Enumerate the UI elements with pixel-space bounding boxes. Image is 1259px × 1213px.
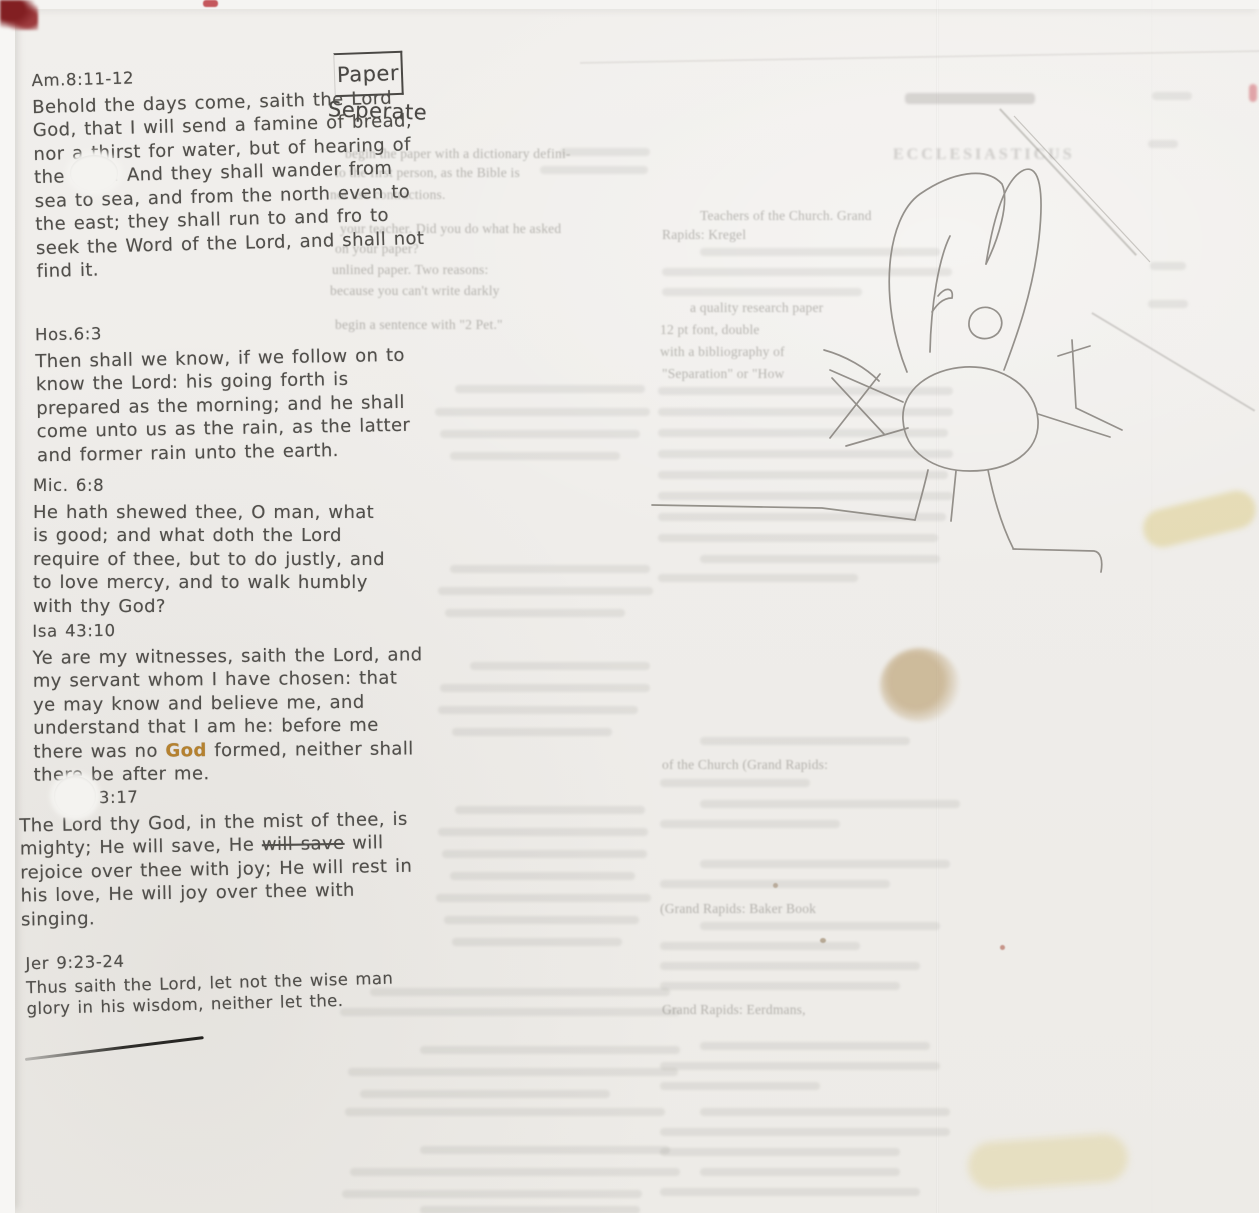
ghost-print-fragment: Grand Rapids: Eerdmans, — [662, 1002, 806, 1018]
brown-stain — [880, 648, 960, 722]
illegible-print-smudge — [1152, 92, 1192, 100]
ghost-print-fragment: because you can't write darkly — [330, 283, 500, 299]
illegible-print-smudge — [660, 820, 840, 828]
doodle-right-foot — [1013, 549, 1102, 572]
illegible-print-smudge — [452, 938, 622, 946]
illegible-print-smudge — [438, 828, 648, 836]
illegible-print-smudge — [445, 609, 625, 617]
illegible-print-smudge — [700, 1108, 950, 1116]
doodle-eye — [969, 307, 1002, 338]
yellow-stain — [967, 1132, 1130, 1191]
doodle-left-arm-curve — [824, 350, 879, 381]
doodle-left-arm — [830, 370, 908, 446]
illegible-print-smudge — [660, 1148, 900, 1156]
stray-pen-line — [25, 1036, 204, 1061]
horizontal-crease — [580, 50, 1259, 64]
illegible-print-smudge — [442, 850, 647, 858]
orange-traced-word: God — [165, 740, 206, 761]
doodle-right-ear — [986, 169, 1041, 370]
illegible-print-smudge — [452, 728, 612, 736]
scan-edge-top — [0, 0, 1259, 9]
illegible-print-smudge — [436, 894, 651, 902]
verse-jeremiah: Jer 9:23-24 Thus saith the Lord, let not… — [25, 943, 429, 1020]
verse-text: He hath shewed thee, O man, what is good… — [33, 501, 389, 619]
illegible-print-smudge — [345, 1108, 665, 1116]
red-mark-right-edge — [1249, 84, 1257, 102]
illegible-print-smudge — [360, 1090, 610, 1098]
verse-text: Ye are my witnesses, saith the Lord, and… — [33, 643, 426, 787]
verse-text: The Lord thy God, in the mist of thee, i… — [19, 807, 425, 932]
verse-isaiah: Isa 43:10 Ye are my witnesses, saith the… — [32, 616, 425, 787]
ghost-print-fragment: (Grand Rapids: Baker Book — [660, 901, 816, 917]
illegible-print-smudge — [440, 684, 650, 692]
illegible-print-smudge — [660, 942, 860, 950]
illegible-print-smudge — [348, 1068, 678, 1076]
verse-ref: Hos.6:3 — [35, 317, 413, 347]
illegible-print-smudge — [700, 922, 940, 930]
illegible-print-smudge — [660, 1188, 920, 1196]
scanned-paper-page: { "colors": { "ink": "#4a4845", "pencil"… — [0, 0, 1259, 1213]
illegible-print-smudge — [455, 806, 645, 814]
doodle-left-leg — [915, 470, 928, 520]
struck-out-words: will save — [262, 833, 345, 855]
illegible-print-smudge — [660, 962, 920, 970]
illegible-print-smudge — [700, 1042, 930, 1050]
illegible-print-smudge — [700, 737, 910, 745]
illegible-print-smudge — [450, 452, 620, 460]
illegible-print-smudge — [660, 1062, 940, 1070]
red-ink-blotch — [0, 0, 38, 30]
illegible-print-smudge — [700, 860, 950, 868]
illegible-print-smudge — [420, 1146, 670, 1154]
illegible-print-smudge — [660, 1128, 950, 1136]
illegible-print-smudge — [342, 1190, 642, 1198]
illegible-print-smudge — [700, 800, 960, 808]
ghost-print-fragment: of the Church (Grand Rapids: — [662, 757, 828, 773]
illegible-print-smudge — [444, 916, 639, 924]
doodle-right-leg — [988, 470, 1013, 548]
illegible-print-smudge — [660, 1082, 820, 1090]
pencil-scratch — [1014, 116, 1150, 262]
verse-hosea: Hos.6:3 Then shall we know, if we follow… — [35, 317, 415, 468]
verse-text: Then shall we know, if we follow on to k… — [35, 343, 415, 467]
speck — [1000, 945, 1005, 950]
illegible-print-smudge — [450, 872, 635, 880]
doodle-body — [903, 367, 1038, 471]
hole-punch — [70, 155, 118, 191]
illegible-print-smudge — [438, 706, 638, 714]
red-mark — [203, 0, 218, 7]
illegible-print-smudge — [660, 880, 890, 888]
scan-edge-left — [0, 0, 15, 1213]
verse-micah: Mic. 6:8 He hath shewed thee, O man, wha… — [33, 474, 389, 618]
doodle-left-foot-line — [652, 505, 915, 520]
verse-ref: 3:17 — [99, 780, 423, 809]
illegible-print-smudge — [420, 1046, 680, 1054]
verse-ref: Isa 43:10 — [32, 616, 424, 643]
illegible-print-smudge — [660, 779, 810, 787]
illegible-print-smudge — [350, 1168, 680, 1176]
doodle-right-arm — [1038, 340, 1122, 437]
doodle-left-hand-x — [830, 374, 884, 438]
doodle-left-ear — [889, 173, 1004, 372]
doodle-between-legs-line — [951, 471, 956, 521]
illegible-print-smudge — [470, 662, 650, 670]
illegible-print-smudge — [660, 982, 900, 990]
rabbit-doodle-sketch — [600, 100, 1200, 600]
illegible-print-smudge — [700, 1168, 900, 1176]
verse-ref: Mic. 6:8 — [33, 474, 389, 498]
illegible-print-smudge — [420, 1206, 640, 1213]
hole-punch — [54, 776, 96, 816]
